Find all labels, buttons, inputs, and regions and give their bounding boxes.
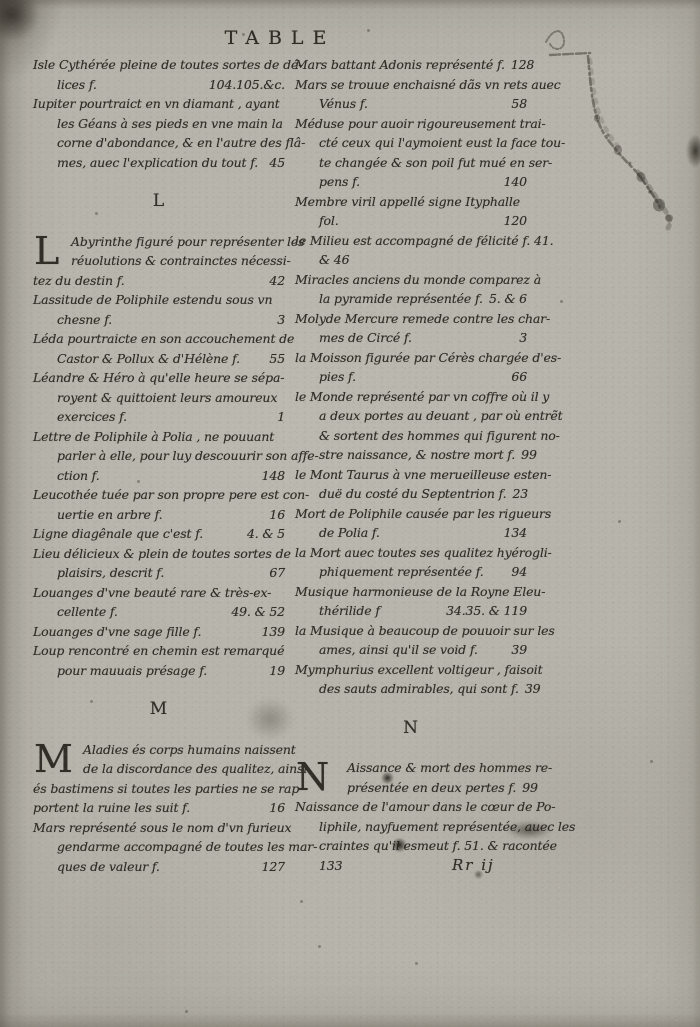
toc-line: Leucothée tuée par son propre pere est c…	[33, 485, 285, 505]
toc-line: des sauts admirables, qui sont f.39	[295, 679, 527, 699]
toc-entry: Membre viril appellé signe Ityphallefol.…	[295, 192, 527, 231]
entry-text: la Musique à beaucoup de pouuoir sur les	[295, 623, 555, 638]
page-number: 3	[513, 328, 527, 348]
entry-text: royent & quittoient leurs amoureux	[57, 390, 277, 405]
page-number: 39	[519, 679, 541, 699]
toc-line: stre naissance, & nostre mort f.99	[295, 445, 527, 465]
entry-text: & sortent des hommes qui figurent no-	[319, 428, 560, 443]
page-number: 67	[263, 563, 285, 583]
toc-line: Iupiter pourtraict en vn diamant , ayant	[33, 94, 285, 114]
toc-line: Ligne diagênale que c'est f.4. & 5	[33, 524, 285, 544]
paper-speck	[318, 945, 321, 948]
entry-text: Abyrinthe figuré pour représenter les	[71, 234, 304, 249]
toc-entry: Louanges d'vne beauté rare & très-ex-cel…	[33, 583, 285, 622]
entry-text: lices f.	[57, 75, 97, 95]
toc-line: duë du costé du Septentrion f.23	[295, 484, 527, 504]
entry-text: Miracles anciens du monde comparez à	[295, 272, 541, 287]
entry-text: liphile, nayfuement représentée, auec le…	[319, 819, 575, 834]
toc-line: uertie en arbre f.16	[33, 505, 285, 525]
toc-entry: Isle Cythérée pleine de toutes sortes de…	[33, 55, 285, 94]
toc-line: Lettre de Poliphile à Polia , ne pouuant	[33, 427, 285, 447]
toc-entry: le Mont Taurus à vne merueilleuse esten-…	[295, 465, 527, 504]
toc-line: Méduse pour auoir rigoureusement trai-	[295, 114, 527, 134]
page-number: 55	[263, 349, 285, 369]
page-number: 128	[505, 55, 534, 75]
page-number: 45	[263, 153, 285, 173]
entry-text: chesne f.	[57, 310, 112, 330]
page-number: 16	[263, 798, 285, 818]
entry-text: la Moisson figurée par Cérès chargée d'e…	[295, 350, 561, 365]
entry-text: réuolutions & contrainctes nécessi-	[71, 253, 291, 268]
toc-line: Loup rencontré en chemin est remarqué	[33, 641, 285, 661]
toc-entry: le Milieu est accompagné de félicité f. …	[295, 231, 527, 270]
toc-line: Abyrinthe figuré pour représenter les	[33, 232, 285, 252]
entry-text: les Géans à ses pieds en vne main la	[57, 116, 283, 131]
entry-text: Mars battant Adonis représenté f.	[295, 55, 505, 75]
toc-line: parler à elle, pour luy descouurir son a…	[33, 446, 285, 466]
section-letter: M	[33, 700, 285, 720]
toc-entry: NAissance & mort des hommes re-présentée…	[295, 758, 527, 797]
entry-text: Loup rencontré en chemin est remarqué	[33, 643, 284, 658]
toc-line: pies f.66	[295, 367, 527, 387]
drop-cap: L	[34, 234, 59, 268]
toc-line: és bastimens si toutes les parties ne se…	[33, 779, 285, 799]
toc-line: de Polia f.134	[295, 523, 527, 543]
toc-line: plaisirs, descrit f.67	[33, 563, 285, 583]
toc-line: le Monde représenté par vn coffre où il …	[295, 387, 527, 407]
toc-line: les Géans à ses pieds en vne main la	[33, 114, 285, 134]
page-number: 16	[263, 505, 285, 525]
toc-line: portent la ruine les suit f.16	[33, 798, 285, 818]
page-number: 23	[506, 484, 528, 504]
page-number: 19	[263, 661, 285, 681]
page-number: 3	[271, 310, 285, 330]
toc-entry: Iupiter pourtraict en vn diamant , ayant…	[33, 94, 285, 172]
page-title: TABLE	[33, 27, 527, 49]
toc-line: tez du destin f.42	[33, 271, 285, 291]
toc-entry: Léandre & Héro à qu'elle heure se sépa-r…	[33, 368, 285, 427]
entry-text: tez du destin f.	[33, 271, 125, 291]
entry-text: thérilide f	[319, 601, 380, 621]
entry-text: Ligne diagênale que c'est f.	[33, 524, 203, 544]
entry-text: ques de valeur f.	[57, 857, 160, 877]
page-number: 94	[505, 562, 527, 582]
entry-text: Aladies és corps humains naissent	[83, 742, 296, 757]
page-number: 104.105.&c.	[203, 75, 285, 95]
toc-entry: Mymphurius excellent voltigeur , faisoit…	[295, 660, 527, 699]
entry-text: parler à elle, pour luy descouurir son a…	[57, 448, 319, 463]
toc-line: corne d'abondance, & en l'autre des flâ-	[33, 133, 285, 153]
page-number: 66	[505, 367, 527, 387]
toc-entry: Musique harmonieuse de la Royne Eleu-thé…	[295, 582, 527, 621]
ink-streak	[538, 0, 700, 235]
entry-text: des sauts admirables, qui sont f.	[319, 679, 519, 699]
paper-speck	[560, 300, 563, 303]
entry-text: te changée & son poil fut mué en ser-	[319, 155, 552, 170]
page-number: 148	[256, 466, 285, 486]
entry-text: la pyramide représentée f.	[319, 289, 483, 309]
entry-text: portent la ruine les suit f.	[33, 798, 190, 818]
toc-line: chesne f.3	[33, 310, 285, 330]
entry-text: 133	[319, 858, 342, 873]
toc-entry: Lettre de Poliphile à Polia , ne pouuant…	[33, 427, 285, 486]
entry-text: corne d'abondance, & en l'autre des flâ-	[57, 135, 305, 150]
page-number: 5. & 6	[483, 289, 527, 309]
entry-text: fol.	[319, 211, 339, 231]
toc-line: fol.120	[295, 211, 527, 231]
ink-stain	[686, 134, 700, 168]
entry-text: & 46	[319, 252, 349, 267]
toc-line: Mars se trouue enchaisné dãs vn rets aue…	[295, 75, 527, 95]
toc-line: ction f.148	[33, 466, 285, 486]
toc-line: Isle Cythérée pleine de toutes sortes de…	[33, 55, 285, 75]
toc-line: Castor & Pollux & d'Hélène f.55	[33, 349, 285, 369]
entry-text: ames, ainsi qu'il se void f.	[319, 640, 478, 660]
entry-text: ction f.	[57, 466, 100, 486]
toc-line: Naissance de l'amour dans le cœur de Po-	[295, 797, 527, 817]
toc-line: Léda pourtraicte en son accouchement de	[33, 329, 285, 349]
paper-speck	[650, 760, 653, 763]
toc-line: te changée & son poil fut mué en ser-	[295, 153, 527, 173]
toc-line: & sortent des hommes qui figurent no-	[295, 426, 527, 446]
toc-line: présentée en deux pertes f.99	[295, 778, 527, 798]
toc-line: mes, auec l'explication du tout f.45	[33, 153, 285, 173]
entry-text: a deux portes au deuant , par où entrẽt	[319, 408, 563, 423]
toc-column-right: Mars battant Adonis représenté f.128Mars…	[295, 55, 527, 875]
toc-line: liphile, nayfuement représentée, auec le…	[295, 817, 527, 837]
entry-text: Mars se trouue enchaisné dãs vn rets aue…	[295, 77, 561, 92]
toc-entry: le Monde représenté par vn coffre où il …	[295, 387, 527, 465]
entry-text: Léandre & Héro à qu'elle heure se sépa-	[33, 370, 284, 385]
entry-text: Leucothée tuée par son propre pere est c…	[33, 487, 309, 502]
entry-text: Musique harmonieuse de la Royne Eleu-	[295, 584, 545, 599]
entry-text: cté ceux qui l'aymoient eust la face tou…	[319, 135, 565, 150]
entry-text: Castor & Pollux & d'Hélène f.	[57, 349, 240, 369]
entry-text: exercices f.	[57, 407, 127, 427]
entry-text: Louanges d'vne sage fille f.	[33, 622, 201, 642]
toc-entry: la Musique à beaucoup de pouuoir sur les…	[295, 621, 527, 660]
entry-text: Molyde Mercure remede contre les char-	[295, 311, 550, 326]
entry-text: de Polia f.	[319, 523, 380, 543]
entry-text: pies f.	[319, 367, 356, 387]
entry-text: la Mort auec toutes ses qualitez hyérogl…	[295, 545, 552, 560]
toc-entry: Lieu délicieux & plein de toutes sortes …	[33, 544, 285, 583]
toc-line: Louanges d'vne sage fille f.139	[33, 622, 285, 642]
toc-entry: Mars se trouue enchaisné dãs vn rets aue…	[295, 75, 527, 114]
entry-text: gendarme accompagné de toutes les mar-	[57, 839, 317, 854]
page-number: 99	[516, 778, 538, 798]
toc-line: ques de valeur f.127	[33, 857, 285, 877]
entry-text: Lieu délicieux & plein de toutes sortes …	[33, 546, 291, 561]
entry-text: pens f.	[319, 172, 360, 192]
page-number: 1	[271, 407, 285, 427]
entry-text: Membre viril appellé signe Ityphalle	[295, 194, 520, 209]
entry-text: Aissance & mort des hommes re-	[347, 760, 552, 775]
entry-text: uertie en arbre f.	[57, 505, 162, 525]
toc-line: pens f.140	[295, 172, 527, 192]
page-number: 49. & 52	[225, 602, 285, 622]
toc-entry: Miracles anciens du monde comparez àla p…	[295, 270, 527, 309]
toc-line: royent & quittoient leurs amoureux	[33, 388, 285, 408]
toc-line: Mars battant Adonis représenté f.128	[295, 55, 527, 75]
entry-text: mes de Circé f.	[319, 328, 412, 348]
page-number: 99	[515, 445, 537, 465]
toc-entry: Loup rencontré en chemin est remarquépou…	[33, 641, 285, 680]
entry-text: le Monde représenté par vn coffre où il …	[295, 389, 549, 404]
entry-text: Isle Cythérée pleine de toutes sortes de…	[33, 57, 302, 72]
toc-line: exercices f.1	[33, 407, 285, 427]
toc-entry: LAbyrinthe figuré pour représenter lesré…	[33, 232, 285, 291]
entry-text: Iupiter pourtraict en vn diamant , ayant	[33, 96, 280, 111]
section-letter: N	[295, 719, 527, 739]
drop-cap: N	[296, 760, 329, 794]
toc-line: a deux portes au deuant , par où entrẽt	[295, 406, 527, 426]
paper-speck	[300, 900, 303, 903]
toc-line: Miracles anciens du monde comparez à	[295, 270, 527, 290]
entry-text: le Mont Taurus à vne merueilleuse esten-	[295, 467, 551, 482]
toc-line: la Moisson figurée par Cérès chargée d'e…	[295, 348, 527, 368]
toc-line: le Milieu est accompagné de félicité f. …	[295, 231, 527, 251]
toc-line: Léandre & Héro à qu'elle heure se sépa-	[33, 368, 285, 388]
page-number: 134	[498, 523, 527, 543]
entry-text: Naissance de l'amour dans le cœur de Po-	[295, 799, 555, 814]
entry-text: craintes qu'il esmeut f. 51. & racontée	[319, 838, 557, 853]
paper-speck	[185, 1010, 188, 1013]
page-number: 4. & 5	[241, 524, 285, 544]
toc-entry: la Moisson figurée par Cérès chargée d'e…	[295, 348, 527, 387]
toc-entry: Leucothée tuée par son propre pere est c…	[33, 485, 285, 524]
paper-speck	[415, 962, 418, 965]
toc-line: Lassitude de Poliphile estendu sous vn	[33, 290, 285, 310]
toc-line: ames, ainsi qu'il se void f.39	[295, 640, 527, 660]
toc-entry: la Mort auec toutes ses qualitez hyérogl…	[295, 543, 527, 582]
entry-text: Mars représenté sous le nom d'vn furieux	[33, 820, 291, 835]
toc-line: la Mort auec toutes ses qualitez hyérogl…	[295, 543, 527, 563]
toc-line: gendarme accompagné de toutes les mar-	[33, 837, 285, 857]
toc-entry: Léda pourtraicte en son accouchement deC…	[33, 329, 285, 368]
entry-text: Mort de Poliphile causée par les rigueur…	[295, 506, 551, 521]
entry-text: Méduse pour auoir rigoureusement trai-	[295, 116, 546, 131]
toc-line: Vénus f.58	[295, 94, 527, 114]
entry-text: mes, auec l'explication du tout f.	[57, 153, 258, 173]
toc-line: mes de Circé f.3	[295, 328, 527, 348]
toc-line: pour mauuais présage f.19	[33, 661, 285, 681]
entry-text: Louanges d'vne beauté rare & très-ex-	[33, 585, 271, 600]
toc-line: thérilide f34.35. & 119	[295, 601, 527, 621]
toc-line: Lieu délicieux & plein de toutes sortes …	[33, 544, 285, 564]
signature-mark: Rr ij	[452, 856, 495, 874]
drop-cap: M	[34, 742, 73, 776]
entry-text: présentée en deux pertes f.	[347, 778, 516, 798]
toc-entry: Mars battant Adonis représenté f.128	[295, 55, 527, 75]
entry-text: plaisirs, descrit f.	[57, 563, 164, 583]
toc-entry: MAladies és corps humains naissentde la …	[33, 740, 285, 818]
toc-entry: Louanges d'vne sage fille f.139	[33, 622, 285, 642]
toc-line: Membre viril appellé signe Ityphalle	[295, 192, 527, 212]
toc-entry: Mars représenté sous le nom d'vn furieux…	[33, 818, 285, 877]
entry-text: le Milieu est accompagné de félicité f. …	[295, 233, 553, 248]
toc-line: Aissance & mort des hommes re-	[295, 758, 527, 778]
entry-text: és bastimens si toutes les parties ne se…	[33, 781, 303, 796]
entry-text: phiquement représentée f.	[319, 562, 484, 582]
toc-line: Mort de Poliphile causée par les rigueur…	[295, 504, 527, 524]
entry-text: de la discordance des qualitez, ainsi	[83, 761, 307, 776]
toc-line: la pyramide représentée f.5. & 6	[295, 289, 527, 309]
toc-line: cellente f.49. & 52	[33, 602, 285, 622]
entry-text: cellente f.	[57, 602, 118, 622]
toc-line: Mars représenté sous le nom d'vn furieux	[33, 818, 285, 838]
toc-entry: Mort de Poliphile causée par les rigueur…	[295, 504, 527, 543]
entry-text: Vénus f.	[319, 94, 368, 114]
toc-line: Mymphurius excellent voltigeur , faisoit	[295, 660, 527, 680]
toc-line: Louanges d'vne beauté rare & très-ex-	[33, 583, 285, 603]
toc-line: Molyde Mercure remede contre les char-	[295, 309, 527, 329]
book-page: TABLE Isle Cythérée pleine de toutes sor…	[0, 0, 700, 1027]
toc-line: lices f.104.105.&c.	[33, 75, 285, 95]
toc-line: réuolutions & contrainctes nécessi-	[33, 251, 285, 271]
toc-line: le Mont Taurus à vne merueilleuse esten-	[295, 465, 527, 485]
toc-entry: Lassitude de Poliphile estendu sous vnch…	[33, 290, 285, 329]
page-number: 127	[256, 857, 285, 877]
entry-text: duë du costé du Septentrion f.	[319, 484, 506, 504]
toc-line: phiquement représentée f.94	[295, 562, 527, 582]
toc-line: Musique harmonieuse de la Royne Eleu-	[295, 582, 527, 602]
section-letter: L	[33, 192, 285, 212]
toc-entry: Molyde Mercure remede contre les char-me…	[295, 309, 527, 348]
page-number: 39	[505, 640, 527, 660]
paper-speck	[618, 520, 621, 523]
page-number: 34.35. & 119	[440, 601, 527, 621]
entry-text: stre naissance, & nostre mort f.	[319, 445, 515, 465]
entry-text: Lassitude de Poliphile estendu sous vn	[33, 292, 272, 307]
page-number: 140	[498, 172, 527, 192]
page-number: 42	[263, 271, 285, 291]
page-number: 120	[498, 211, 527, 231]
entry-text: Léda pourtraicte en son accouchement de	[33, 331, 294, 346]
toc-line: cté ceux qui l'aymoient eust la face tou…	[295, 133, 527, 153]
toc-line: la Musique à beaucoup de pouuoir sur les	[295, 621, 527, 641]
page-number: 139	[256, 622, 285, 642]
toc-entry: Méduse pour auoir rigoureusement trai-ct…	[295, 114, 527, 192]
toc-line: & 46	[295, 250, 527, 270]
toc-column-left: Isle Cythérée pleine de toutes sortes de…	[33, 55, 285, 876]
toc-entry: Ligne diagênale que c'est f.4. & 5	[33, 524, 285, 544]
entry-text: pour mauuais présage f.	[57, 661, 207, 681]
entry-text: Lettre de Poliphile à Polia , ne pouuant	[33, 429, 274, 444]
entry-text: Mymphurius excellent voltigeur , faisoit	[295, 662, 543, 677]
toc-line: craintes qu'il esmeut f. 51. & racontée	[295, 836, 527, 856]
page-number: 58	[505, 94, 527, 114]
